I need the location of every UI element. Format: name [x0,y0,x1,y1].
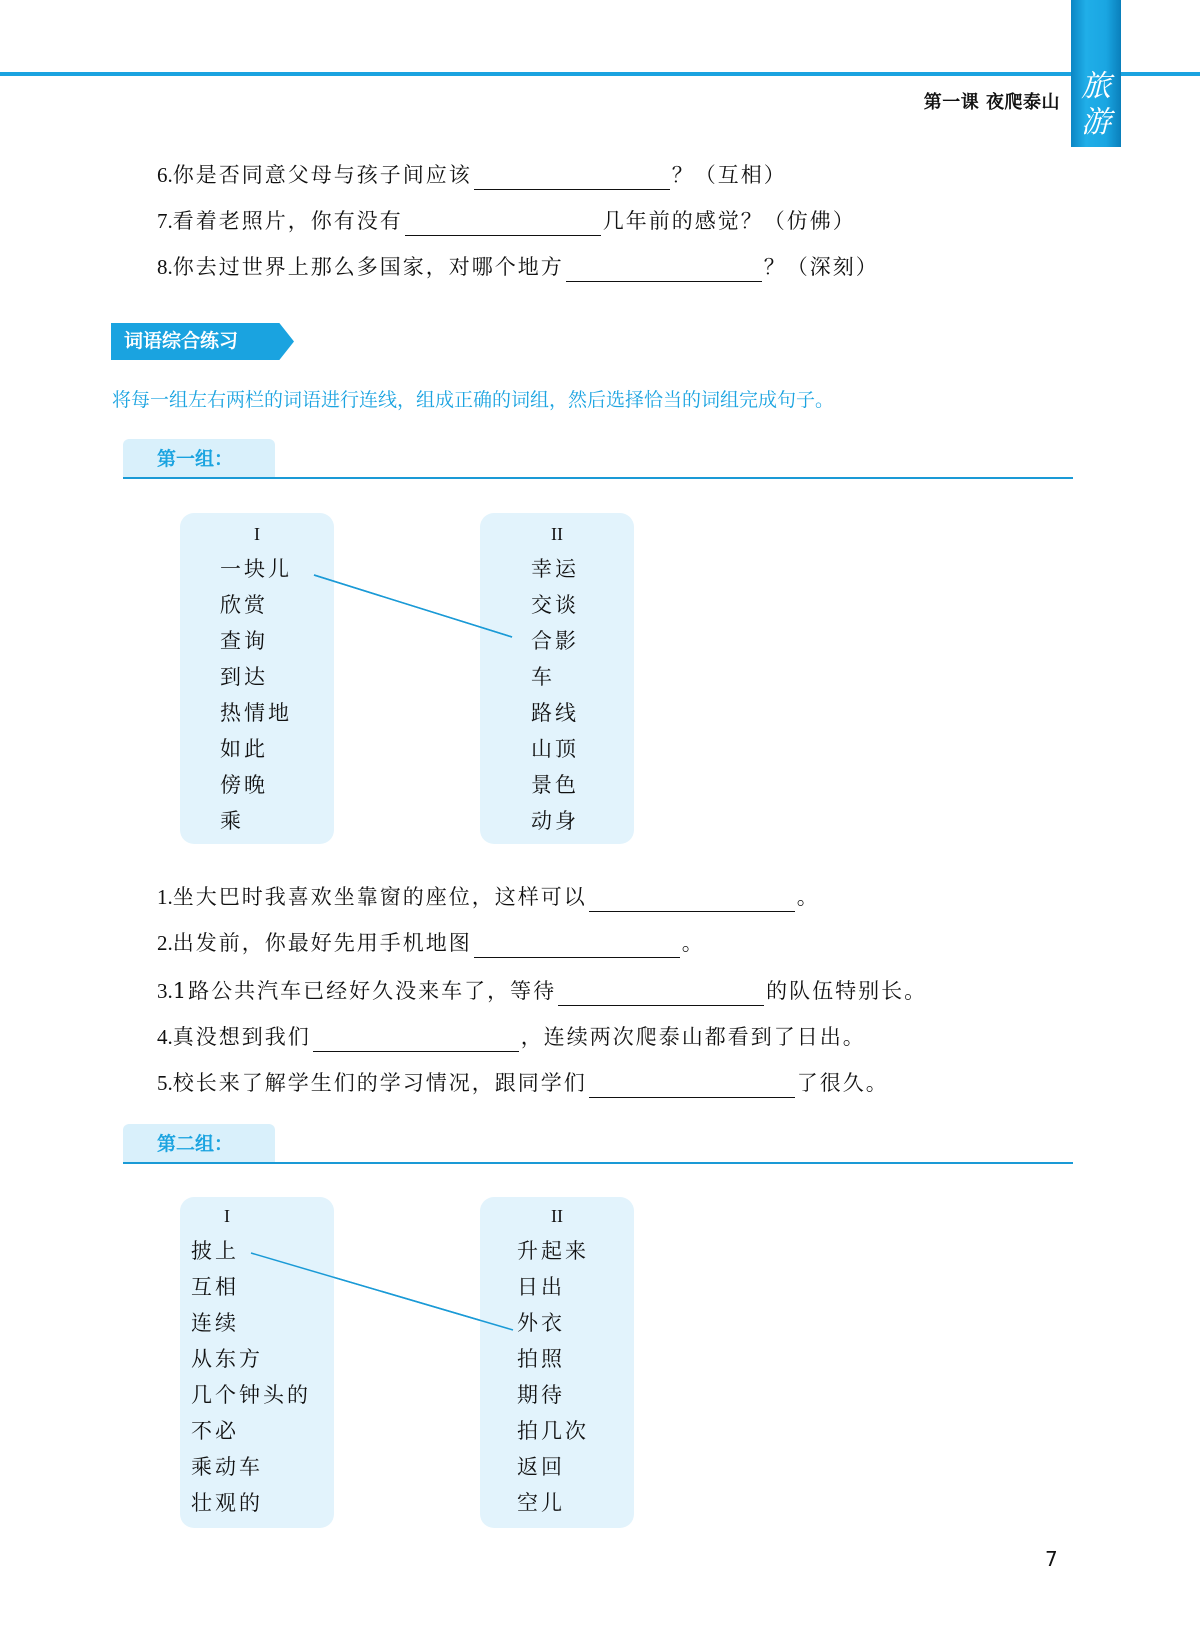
word-item[interactable]: 山顶 [531,731,634,767]
group-1-column-i: I 一块儿 欣赏 查询 到达 热情地 如此 傍晚 乘 [180,513,334,844]
chapter-side-tab: 旅 游 [1071,0,1121,147]
question-7: 7.看着老照片，你有没有几年前的感觉？（仿佛） [157,206,856,236]
sentence-text-before: 真没想到我们 [173,1025,311,1049]
word-item[interactable]: 连续 [191,1305,334,1341]
answer-blank[interactable] [474,931,680,958]
group-2-rule [123,1162,1073,1164]
sentence-1: 1.坐大巴时我喜欢坐靠窗的座位，这样可以。 [157,882,820,912]
word-item[interactable]: 交谈 [531,587,634,623]
word-item[interactable]: 一块儿 [220,551,334,587]
sentence-number: 5. [157,1071,173,1095]
word-item[interactable]: 乘 [220,803,334,839]
answer-blank[interactable] [589,885,795,912]
word-item[interactable]: 欣赏 [220,587,334,623]
question-text-after: ？（深刻） [764,255,879,279]
answer-blank[interactable] [558,979,764,1006]
sentence-text-after: 。 [682,931,705,955]
question-number: 6. [157,163,173,187]
lesson-title: 第一课 夜爬泰山 [924,88,1060,114]
page-number: 7 [1045,1547,1058,1571]
sentence-text-before: 1路公共汽车已经好久没来车了，等待 [173,979,556,1003]
column-header: II [480,1197,634,1233]
word-item[interactable]: 期待 [517,1377,634,1413]
word-item[interactable]: 乘动车 [191,1449,334,1485]
word-item[interactable]: 空儿 [517,1485,634,1521]
group-2-column-i: I 披上 互相 连续 从东方 几个钟头的 不必 乘动车 壮观的 [180,1197,334,1528]
group-1-column-ii: II 幸运 交谈 合影 车 路线 山顶 景色 动身 [480,513,634,844]
sentence-text-after: 的队伍特别长。 [766,979,927,1003]
sentence-text-after: 。 [797,885,820,909]
sentence-5: 5.校长来了解学生们的学习情况，跟同学们了很久。 [157,1068,889,1098]
word-item[interactable]: 升起来 [517,1233,634,1269]
question-text-after: ？（互相） [672,163,787,187]
question-text-after: 几年前的感觉？（仿佛） [603,209,856,233]
column-header: II [480,513,634,551]
sentence-text-before: 校长来了解学生们的学习情况，跟同学们 [173,1071,587,1095]
sentence-2: 2.出发前，你最好先用手机地图。 [157,928,705,958]
question-number: 8. [157,255,173,279]
column-header: I [180,513,334,551]
word-item[interactable]: 路线 [531,695,634,731]
group-2-title: 第二组： [123,1124,275,1162]
question-text-before: 你去过世界上那么多国家，对哪个地方 [173,255,564,279]
sentence-4: 4.真没想到我们，连续两次爬泰山都看到了日出。 [157,1022,866,1052]
word-item[interactable]: 查询 [220,623,334,659]
answer-blank[interactable] [474,163,670,190]
sentence-text-after: 了很久。 [797,1071,889,1095]
answer-blank[interactable] [566,255,762,282]
word-item[interactable]: 互相 [191,1269,334,1305]
side-tab-char-1: 旅 [1081,69,1111,105]
word-item[interactable]: 景色 [531,767,634,803]
question-text-before: 看着老照片，你有没有 [173,209,403,233]
question-text-before: 你是否同意父母与孩子间应该 [173,163,472,187]
word-item[interactable]: 日出 [517,1269,634,1305]
word-item[interactable]: 如此 [220,731,334,767]
side-tab-char-2: 游 [1081,105,1111,141]
sentence-number: 3. [157,979,173,1003]
word-item[interactable]: 几个钟头的 [191,1377,334,1413]
header-rule [0,72,1200,76]
word-item[interactable]: 合影 [531,623,634,659]
word-item[interactable]: 拍照 [517,1341,634,1377]
group-1-header: 第一组： [123,439,1073,479]
group-1-title: 第一组： [123,439,275,477]
sentence-text-before: 坐大巴时我喜欢坐靠窗的座位，这样可以 [173,885,587,909]
word-item[interactable]: 到达 [220,659,334,695]
word-item[interactable]: 拍几次 [517,1413,634,1449]
word-item[interactable]: 外衣 [517,1305,634,1341]
word-item[interactable]: 傍晚 [220,767,334,803]
sentence-text-after: ，连续两次爬泰山都看到了日出。 [521,1025,866,1049]
sentence-text-before: 出发前，你最好先用手机地图 [173,931,472,955]
group-2-header: 第二组： [123,1124,1073,1164]
section-label: 词语综合练习 [111,323,294,360]
word-item[interactable]: 壮观的 [191,1485,334,1521]
sentence-number: 2. [157,931,173,955]
column-header: I [180,1197,334,1233]
group-1-rule [123,477,1073,479]
word-item[interactable]: 幸运 [531,551,634,587]
word-item[interactable]: 从东方 [191,1341,334,1377]
word-item[interactable]: 不必 [191,1413,334,1449]
question-8: 8.你去过世界上那么多国家，对哪个地方？（深刻） [157,252,879,282]
answer-blank[interactable] [405,209,601,236]
word-item[interactable]: 返回 [517,1449,634,1485]
sentence-number: 1. [157,885,173,909]
word-item[interactable]: 车 [531,659,634,695]
question-number: 7. [157,209,173,233]
word-item[interactable]: 披上 [191,1233,334,1269]
question-6: 6.你是否同意父母与孩子间应该？（互相） [157,160,787,190]
section-instruction: 将每一组左右两栏的词语进行连线，组成正确的词组，然后选择恰当的词组完成句子。 [112,385,834,412]
sentence-3: 3.1路公共汽车已经好久没来车了，等待的队伍特别长。 [157,976,927,1006]
answer-blank[interactable] [589,1071,795,1098]
sentence-number: 4. [157,1025,173,1049]
group-2-column-ii: II 升起来 日出 外衣 拍照 期待 拍几次 返回 空儿 [480,1197,634,1528]
word-item[interactable]: 热情地 [220,695,334,731]
answer-blank[interactable] [313,1025,519,1052]
word-item[interactable]: 动身 [531,803,634,839]
